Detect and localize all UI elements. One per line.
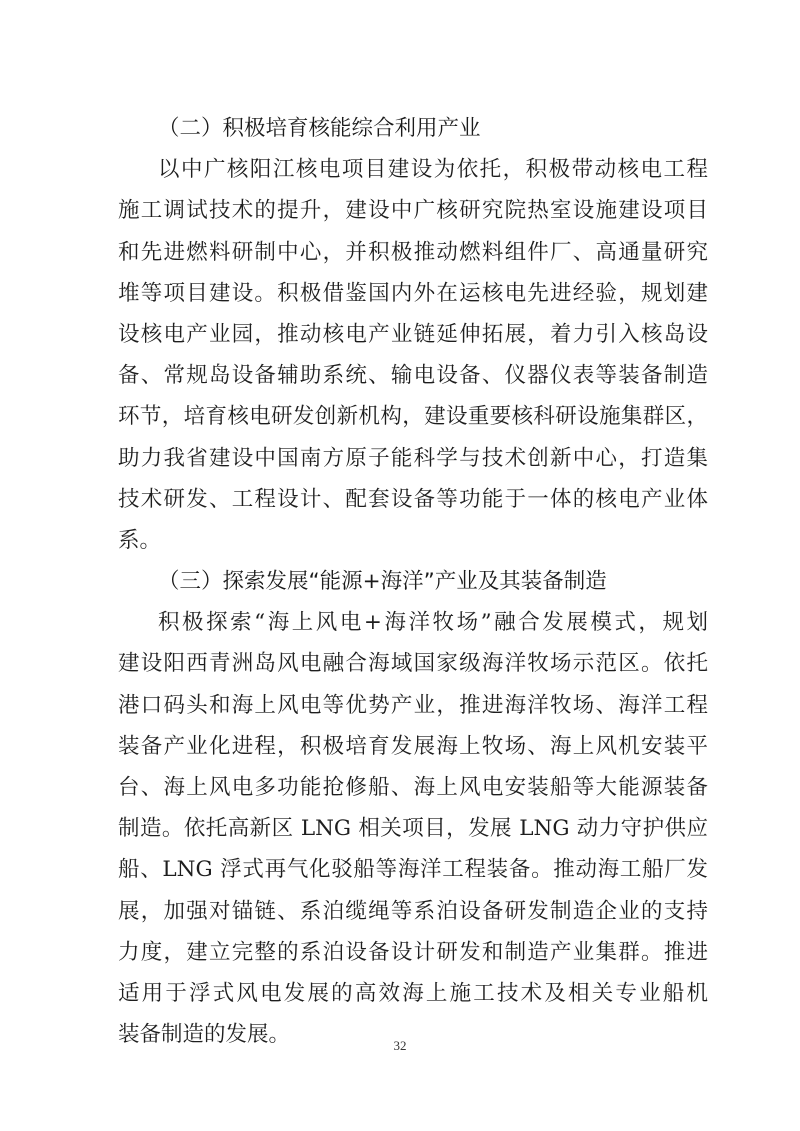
paragraph-line: 力度，建立完整的系泊设备设计研发和制造产业集群。推进 [118, 932, 708, 973]
section-3-paragraph: 积极探索“海上风电+海洋牧场”融合发展模式，规划 建设阳西青洲岛风电融合海域国家… [118, 602, 708, 1055]
paragraph-line: 适用于浮式风电发展的高效海上施工技术及相关专业船机 [118, 973, 708, 1014]
paragraph-line: 展，加强对锚链、系泊缆绳等系泊设备研发制造企业的支持 [118, 891, 708, 932]
paragraph-line: 装备产业化进程，积极培育发展海上牧场、海上风机安装平 [118, 726, 708, 767]
paragraph-line: 技术研发、工程设计、配套设备等功能于一体的核电产业体 [118, 479, 708, 520]
section-2-paragraph: 以中广核阳江核电项目建设为依托，积极带动核电工程 施工调试技术的提升，建设中广核… [118, 149, 708, 561]
section-heading-3: （三）探索发展“能源+海洋”产业及其装备制造 [118, 561, 708, 602]
paragraph-line: 环节，培育核电研发创新机构，建设重要核科研设施集群区， [118, 396, 708, 437]
section-heading-2: （二）积极培育核能综合利用产业 [118, 108, 708, 149]
paragraph-line: 积极探索“海上风电+海洋牧场”融合发展模式，规划 [118, 602, 708, 643]
paragraph-line: 和先进燃料研制中心，并积极推动燃料组件厂、高通量研究 [118, 232, 708, 273]
paragraph-line: 施工调试技术的提升，建设中广核研究院热室设施建设项目 [118, 190, 708, 231]
page-content: （二）积极培育核能综合利用产业 以中广核阳江核电项目建设为依托，积极带动核电工程… [118, 108, 708, 1055]
paragraph-line: 制造。依托高新区 LNG 相关项目，发展 LNG 动力守护供应 [118, 808, 708, 849]
paragraph-line: 备、常规岛设备辅助系统、输电设备、仪器仪表等装备制造 [118, 355, 708, 396]
paragraph-line: 建设阳西青洲岛风电融合海域国家级海洋牧场示范区。依托 [118, 643, 708, 684]
paragraph-line: 台、海上风电多功能抢修船、海上风电安装船等大能源装备 [118, 767, 708, 808]
paragraph-line: 港口码头和海上风电等优势产业，推进海洋牧场、海洋工程 [118, 685, 708, 726]
paragraph-line: 设核电产业园，推动核电产业链延伸拓展，着力引入核岛设 [118, 314, 708, 355]
paragraph-line: 系。 [118, 520, 708, 561]
page-number: 32 [0, 1038, 800, 1054]
paragraph-line: 堆等项目建设。积极借鉴国内外在运核电先进经验，规划建 [118, 273, 708, 314]
paragraph-line: 船、LNG 浮式再气化驳船等海洋工程装备。推动海工船厂发 [118, 849, 708, 890]
paragraph-line: 以中广核阳江核电项目建设为依托，积极带动核电工程 [118, 149, 708, 190]
paragraph-line: 助力我省建设中国南方原子能科学与技术创新中心，打造集 [118, 438, 708, 479]
document-page: （二）积极培育核能综合利用产业 以中广核阳江核电项目建设为依托，积极带动核电工程… [0, 0, 800, 1131]
